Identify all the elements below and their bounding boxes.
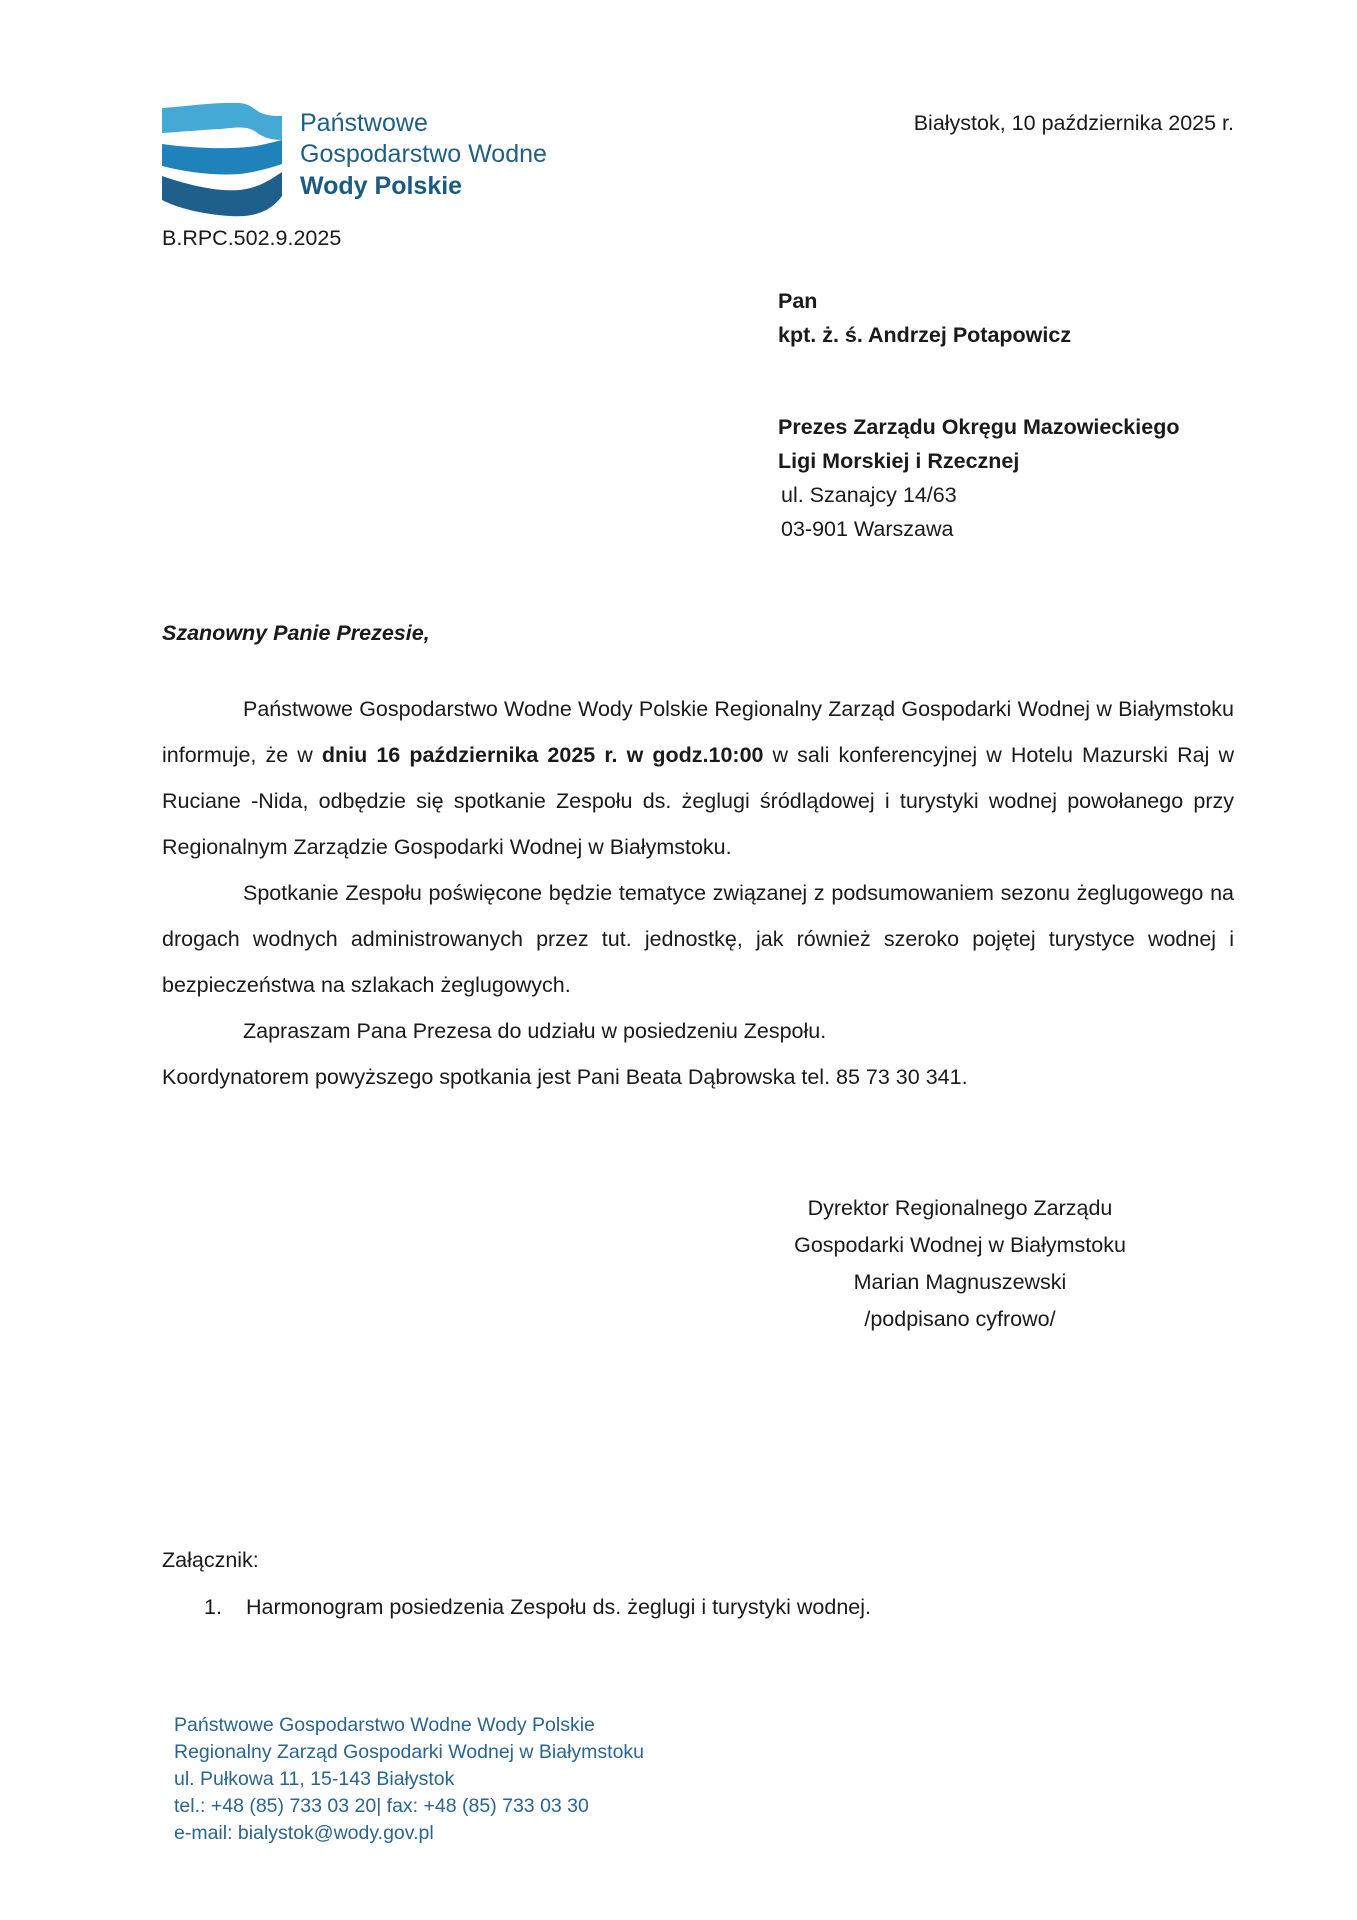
place-date: Białystok, 10 października 2025 r.	[914, 106, 1234, 140]
footer-contact: Państwowe Gospodarstwo Wodne Wody Polski…	[174, 1712, 644, 1847]
attachment-item-number: 1.	[204, 1590, 246, 1624]
body-paragraph-4: Koordynatorem powyższego spotkania jest …	[162, 1054, 1234, 1100]
footer-phone-fax: tel.: +48 (85) 733 03 20| fax: +48 (85) …	[174, 1793, 644, 1820]
logo-line-2: Gospodarstwo Wodne	[300, 139, 547, 170]
signature-note: /podpisano cyfrowo/	[760, 1301, 1160, 1338]
recipient-salutation: Pan	[778, 284, 1179, 318]
signature-block: Dyrektor Regionalnego Zarządu Gospodarki…	[760, 1190, 1160, 1338]
recipient-position-1: Prezes Zarządu Okręgu Mazowieckiego	[778, 410, 1179, 444]
body-paragraph-3: Zapraszam Pana Prezesa do udziału w posi…	[162, 1008, 1234, 1054]
signature-title-1: Dyrektor Regionalnego Zarządu	[760, 1190, 1160, 1227]
reference-number: B.RPC.502.9.2025	[162, 221, 341, 255]
recipient-city: 03-901 Warszawa	[778, 512, 1179, 546]
footer-org: Państwowe Gospodarstwo Wodne Wody Polski…	[174, 1712, 644, 1739]
logo-line-1: Państwowe	[300, 108, 428, 139]
signature-title-2: Gospodarki Wodnej w Białymstoku	[760, 1227, 1160, 1264]
body-paragraph-1: Państwowe Gospodarstwo Wodne Wody Polski…	[162, 686, 1234, 870]
footer-unit: Regionalny Zarząd Gospodarki Wodnej w Bi…	[174, 1739, 644, 1766]
recipient-block: Pan kpt. ż. ś. Andrzej Potapowicz Prezes…	[778, 284, 1179, 546]
recipient-street: ul. Szanajcy 14/63	[778, 478, 1179, 512]
wody-polskie-logo-icon	[160, 100, 285, 225]
body-paragraph-2: Spotkanie Zespołu poświęcone będzie tema…	[162, 870, 1234, 1008]
attachment-item-text: Harmonogram posiedzenia Zespołu ds. żegl…	[246, 1595, 871, 1619]
recipient-position-2: Ligi Morskiej i Rzecznej	[778, 444, 1179, 478]
attachment-item: 1.Harmonogram posiedzenia Zespołu ds. że…	[204, 1590, 871, 1624]
greeting: Szanowny Panie Prezesie,	[162, 616, 430, 650]
signature-name: Marian Magnuszewski	[760, 1264, 1160, 1301]
attachment-label: Załącznik:	[162, 1543, 259, 1577]
meeting-date-time: dniu 16 października 2025 r. w godz.10:0…	[322, 743, 764, 767]
footer-address: ul. Pułkowa 11, 15-143 Białystok	[174, 1766, 644, 1793]
footer-email[interactable]: e-mail: bialystok@wody.gov.pl	[174, 1820, 644, 1847]
logo-line-3: Wody Polskie	[300, 171, 462, 202]
recipient-name: kpt. ż. ś. Andrzej Potapowicz	[778, 318, 1179, 352]
